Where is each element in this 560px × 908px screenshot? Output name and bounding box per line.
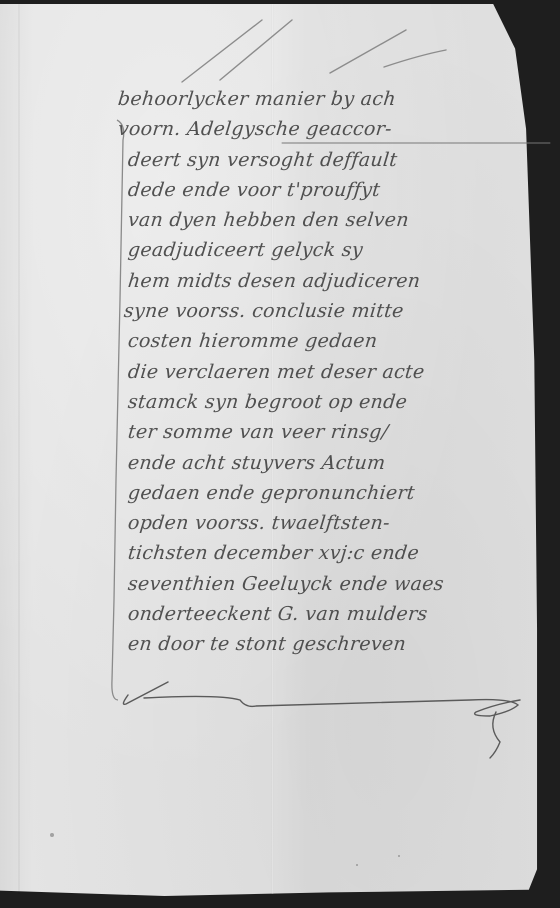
paper-blemish bbox=[356, 864, 358, 866]
paper-blemish bbox=[398, 855, 400, 857]
closing-flourish bbox=[0, 0, 560, 908]
paper-blemish bbox=[50, 833, 54, 837]
